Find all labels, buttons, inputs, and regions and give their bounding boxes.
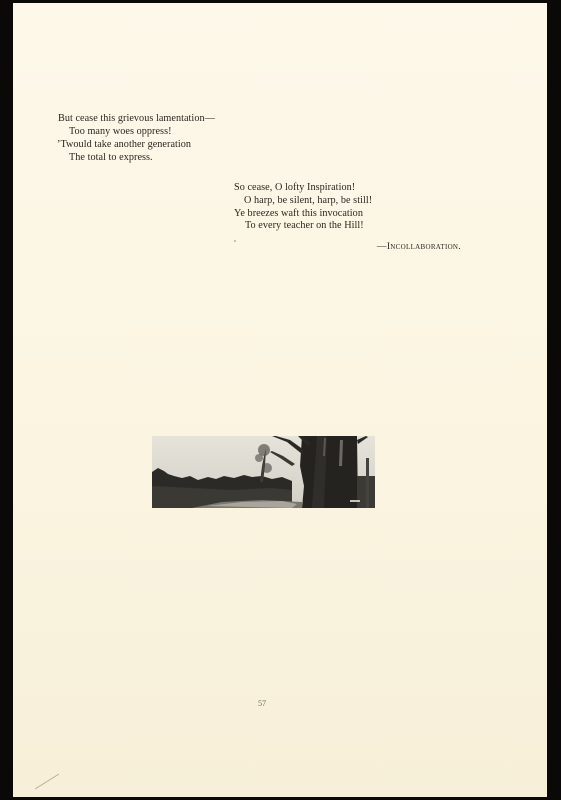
page-number: 57 xyxy=(258,699,266,708)
attribution: —Incollaboration. xyxy=(377,241,461,252)
stanza-1-line-4: The total to express. xyxy=(69,152,153,163)
paper-speck xyxy=(234,240,236,242)
stanza-1-line-1: But cease this grievous lamentation— xyxy=(58,113,215,124)
stanza-1-line-2: Too many woes oppress! xyxy=(69,126,172,137)
stanza-2-line-3: Ye breezes waft this invocation xyxy=(234,208,363,219)
stanza-2-line-2: O harp, be silent, harp, be still! xyxy=(244,195,372,206)
stanza-2-line-1: So cease, O lofty Inspiration! xyxy=(234,182,355,193)
tree-photo-image xyxy=(152,436,375,508)
document-page: But cease this grievous lamentation— Too… xyxy=(13,3,547,797)
stanza-1-line-3: ’Twould take another generation xyxy=(57,139,191,150)
stanza-2-line-4: To every teacher on the Hill! xyxy=(245,220,364,231)
paper-crease xyxy=(35,774,59,790)
landscape-photo xyxy=(152,436,375,508)
